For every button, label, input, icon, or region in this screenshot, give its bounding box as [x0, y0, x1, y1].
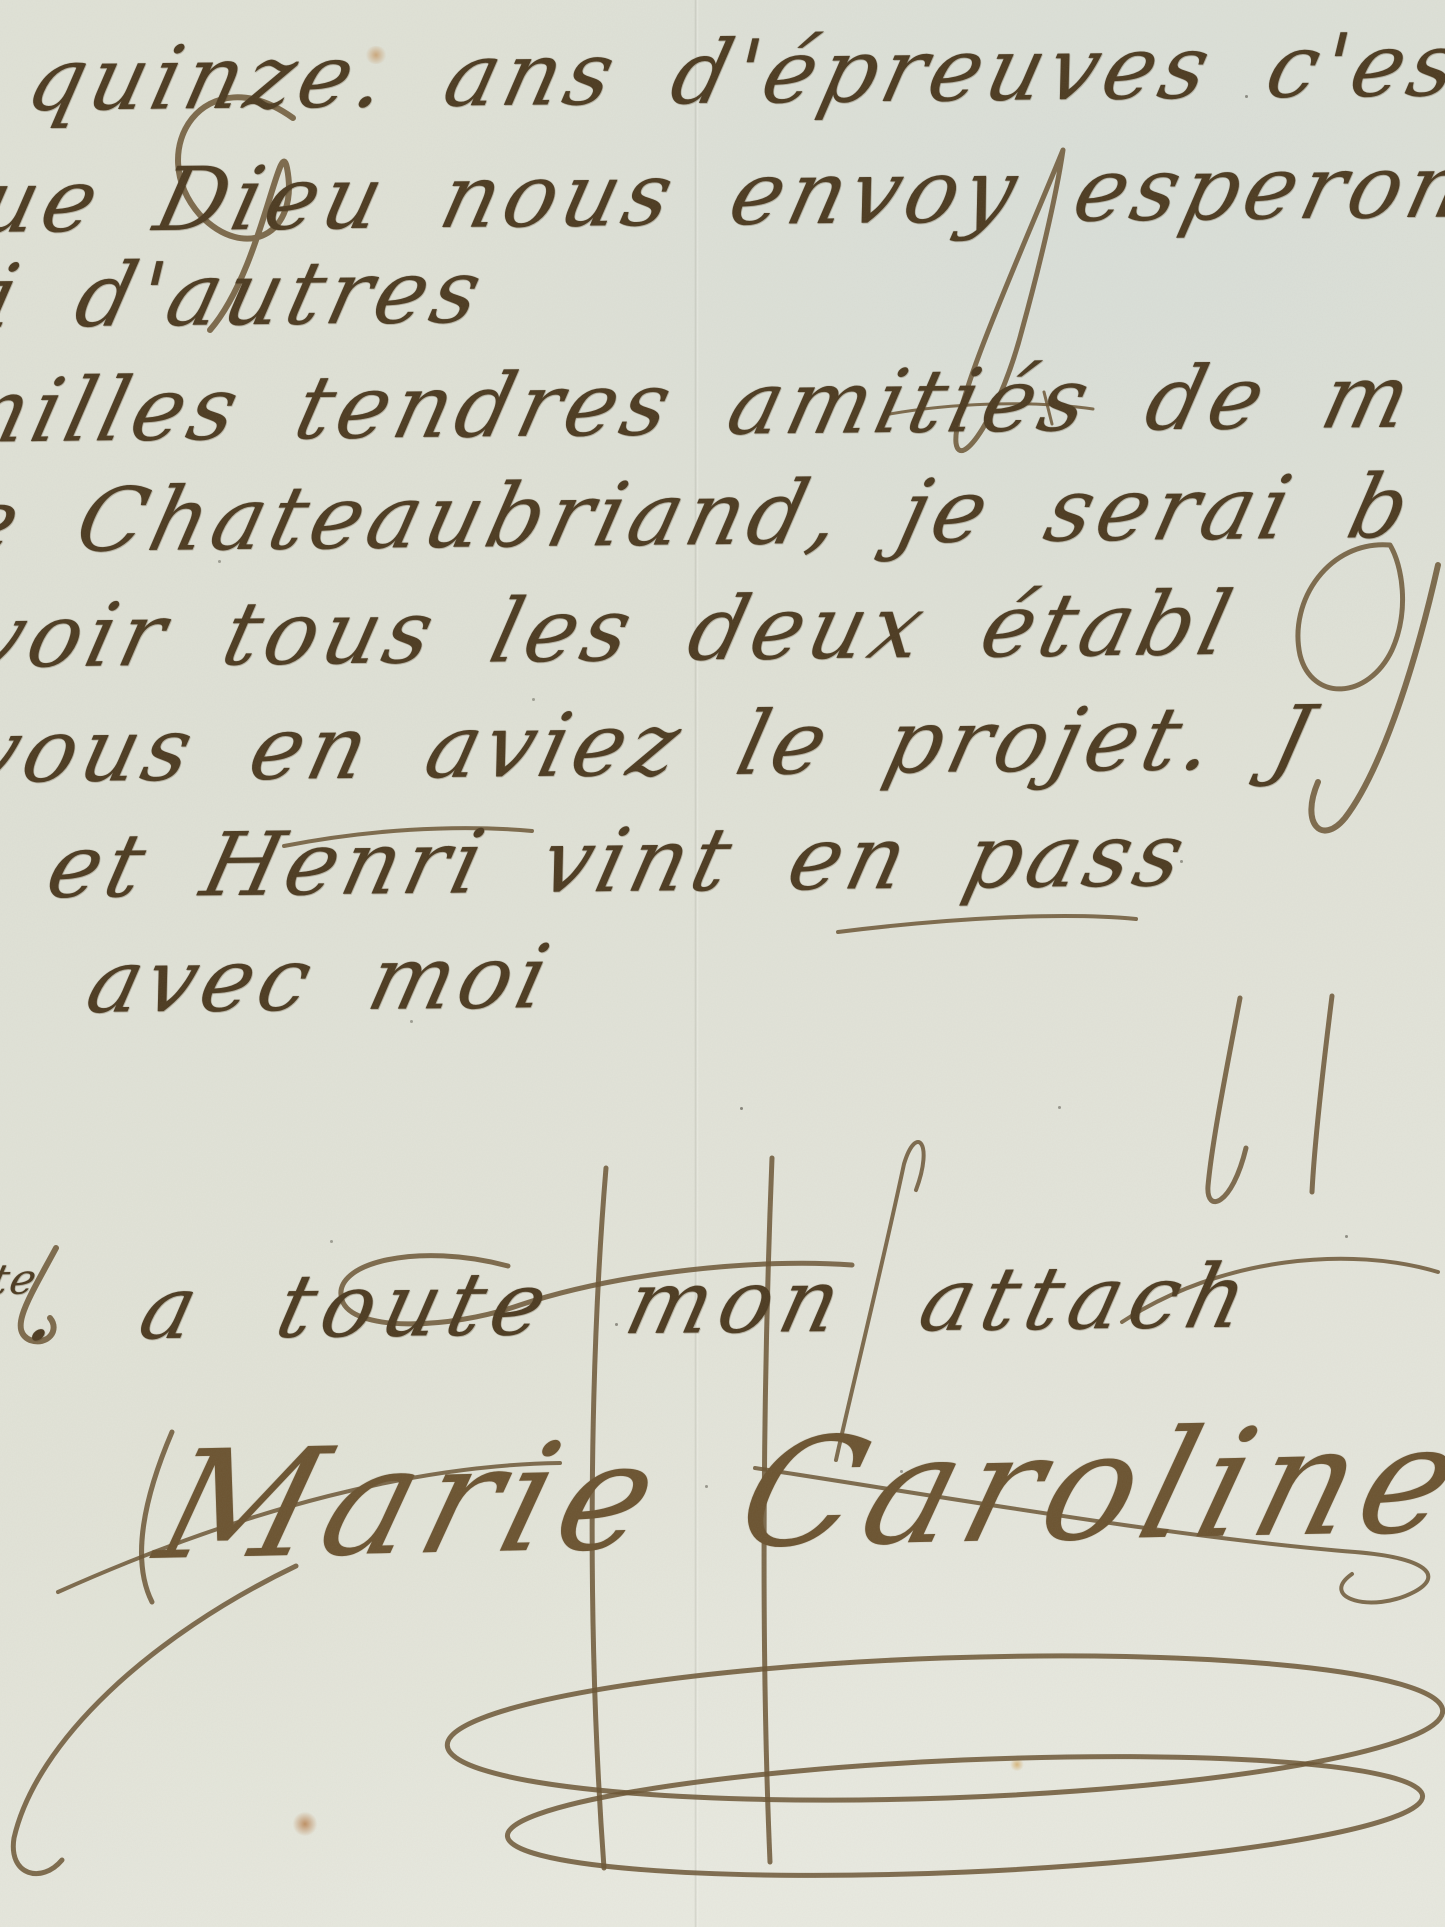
foxing-spot [292, 1812, 318, 1836]
manuscript-line: voir tous les deux établ [0, 572, 1246, 688]
flourish-stroke [1311, 565, 1438, 831]
manuscript-closing-line: te. a toute mon attach [0, 1242, 1266, 1361]
manuscript-line: vous en aviez le projet. J [0, 686, 1327, 803]
strikethrough-stroke [838, 916, 1136, 932]
manuscript-line: milles tendres amitiés de m [0, 345, 1425, 463]
flourish-stroke [1312, 996, 1332, 1192]
manuscript-letter-photo: quinze. ans d'épreuves c'es ue Dieu nous… [0, 0, 1445, 1927]
signature: Marie Caroline [142, 1393, 1445, 1594]
manuscript-line: quinze. ans d'épreuves c'es [18, 13, 1445, 131]
closing-text: . a toute mon attach [18, 1245, 1265, 1361]
manuscript-line: i d'autres [0, 240, 496, 348]
manuscript-line: ue Dieu nous envoy esperons [0, 134, 1445, 253]
signature-flourish [13, 1566, 296, 1874]
manuscript-line: avec moi [78, 925, 564, 1033]
ink-specks [740, 1107, 743, 1110]
flourish-stroke [1208, 998, 1246, 1202]
signature-underflourish [505, 1740, 1425, 1892]
manuscript-line: et Henri vint en pass [38, 803, 1199, 918]
signature-underflourish [445, 1641, 1445, 1816]
foxing-spot [1010, 1758, 1024, 1771]
manuscript-line: e Chateaubriand, je serai b [0, 455, 1425, 573]
flourish-stroke [1298, 545, 1403, 689]
paper-fold-crease [694, 0, 699, 1927]
